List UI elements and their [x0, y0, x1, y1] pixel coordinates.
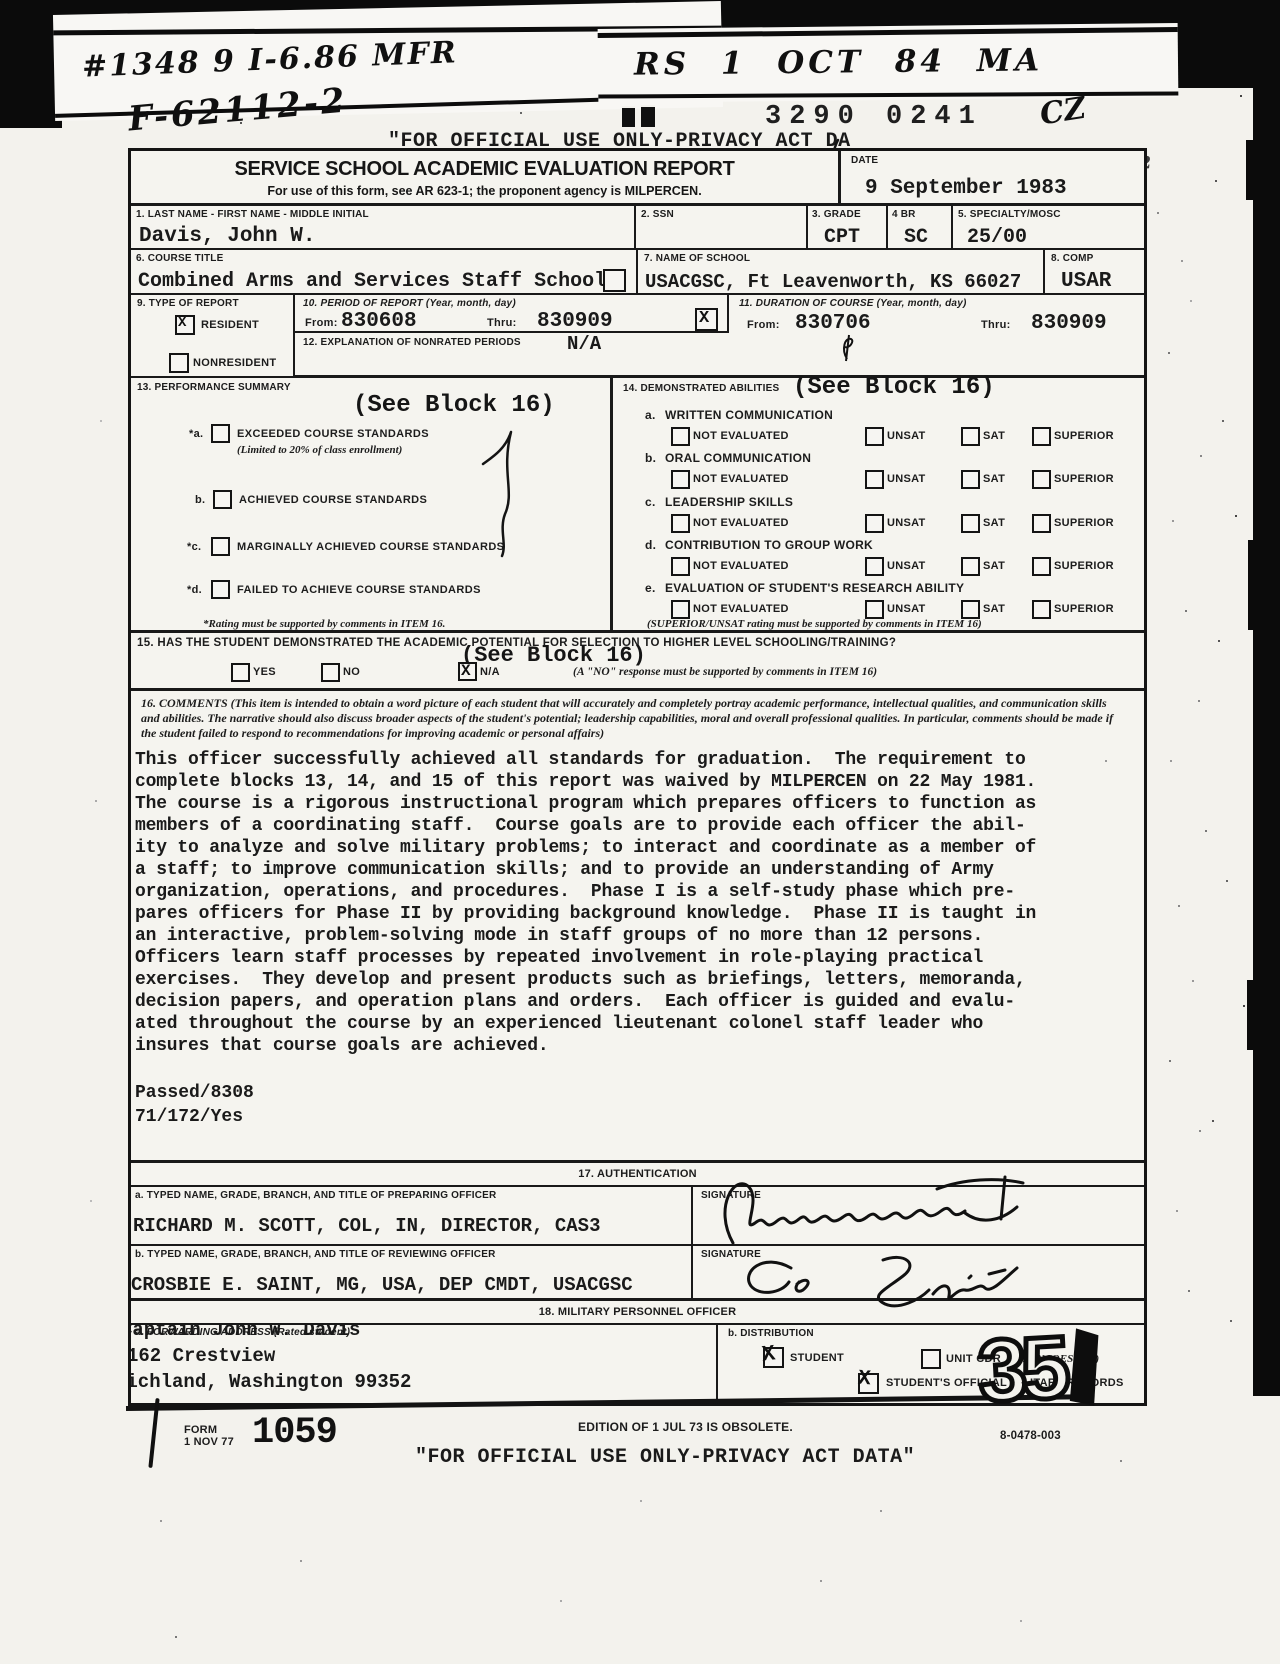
superior-unsat-footnote: (SUPERIOR/UNSAT rating must be supported…: [647, 618, 982, 630]
option-label: SAT: [983, 603, 1005, 615]
option-label: SUPERIOR: [1054, 473, 1114, 485]
unsat-checkbox: [865, 427, 884, 446]
yes-checkbox: [231, 663, 250, 682]
no-checkbox: [321, 663, 340, 682]
block-value: Combined Arms and Services Staff School: [138, 270, 606, 293]
option-label: UNSAT: [887, 560, 926, 572]
ability-label: LEADERSHIP SKILLS: [665, 495, 793, 509]
x-mark: X: [178, 315, 186, 331]
x-mark: X: [761, 1341, 777, 1367]
military-records-checkbox: X: [858, 1373, 879, 1394]
unsat-checkbox: [865, 557, 884, 576]
scan-right-nub-2: [1248, 540, 1256, 630]
marginally-achieved-checkbox: [211, 537, 230, 556]
block-label: 14. DEMONSTRATED ABILITIES: [623, 383, 779, 394]
block-6-course-title: 6. COURSE TITLE Combined Arms and Servic…: [131, 250, 638, 295]
forwarding-address-cell: a. FORWARDING ADDRESS (Rated student) Ca…: [131, 1325, 718, 1403]
from-label: From:: [747, 319, 780, 331]
scanned-document-page: #1348 9 I-6.86 MFR RS 1 OCT 84 MA F-6211…: [0, 0, 1280, 1664]
sat-checkbox: [961, 600, 980, 619]
pen-scribble: [837, 333, 857, 363]
ability-prefix: d.: [645, 538, 656, 552]
option-label: SUPERIOR: [1054, 430, 1114, 442]
not-evaluated-checkbox: [671, 470, 690, 489]
option-label: UNSAT: [887, 603, 926, 615]
form-id-block: FORM 1 NOV 77: [184, 1424, 234, 1448]
block-label: 6. COURSE TITLE: [136, 253, 223, 264]
x-mark: X: [699, 309, 709, 328]
option-label: UNSAT: [887, 473, 926, 485]
stamp-glyph-block: [622, 106, 635, 127]
ability-prefix: b.: [645, 451, 656, 465]
slip-line: [598, 27, 1178, 38]
see-block-16-note: (See Block 16): [793, 374, 995, 401]
block-15-academic-potential: 15. HAS THE STUDENT DEMONSTRATED THE ACA…: [131, 633, 1144, 691]
form-word: FORM: [184, 1424, 234, 1436]
option-label: NOT EVALUATED: [693, 560, 789, 572]
superior-checkbox: [1032, 600, 1051, 619]
cell-label: b. TYPED NAME, GRADE, BRANCH, AND TITLE …: [135, 1249, 496, 1260]
reviewing-officer-signature: [733, 1250, 1033, 1306]
reviewing-officer-name-cell: b. TYPED NAME, GRADE, BRANCH, AND TITLE …: [131, 1246, 693, 1301]
block-label: 18. MILITARY PERSONNEL OFFICER: [539, 1306, 737, 1318]
option-label: SAT: [983, 517, 1005, 529]
block-12-nonrated: 12. EXPLANATION OF NONRATED PERIODS N/A: [295, 333, 1144, 378]
ability-prefix: c.: [645, 495, 656, 509]
slip-handwriting: RS 1 OCT 84 MA: [634, 42, 1044, 82]
cell-label: b. DISTRIBUTION: [728, 1328, 814, 1339]
student-checkbox: X: [763, 1347, 784, 1368]
sat-checkbox: [961, 470, 980, 489]
scan-right-nub-3: [1247, 980, 1256, 1050]
print-code: 8-0478-003: [1000, 1430, 1061, 1442]
nonresident-checkbox: [169, 353, 189, 373]
period-checkbox: X: [695, 308, 718, 331]
form-date: 1 NOV 77: [184, 1436, 234, 1448]
block-1-name: 1. LAST NAME - FIRST NAME - MIDDLE INITI…: [131, 206, 636, 250]
resident-label: RESIDENT: [201, 319, 259, 331]
slip-line: [598, 91, 1178, 98]
ability-label: WRITTEN COMMUNICATION: [665, 408, 833, 422]
option-label: SUPERIOR: [1054, 560, 1114, 572]
stamp-shadow: [1066, 1327, 1102, 1407]
form-title-box: SERVICE SCHOOL ACADEMIC EVALUATION REPOR…: [131, 151, 841, 206]
form-title: SERVICE SCHOOL ACADEMIC EVALUATION REPOR…: [131, 158, 838, 181]
nonresident-label: NONRESIDENT: [193, 357, 276, 369]
cell-label: a. TYPED NAME, GRADE, BRANCH, AND TITLE …: [135, 1190, 496, 1201]
sat-checkbox: [961, 427, 980, 446]
date-value: 9 September 1983: [865, 177, 1067, 200]
reviewing-officer-name: CROSBIE E. SAINT, MG, USA, DEP CMDT, USA…: [131, 1274, 633, 1296]
unit-cdr-checkbox: [921, 1349, 941, 1369]
from-label: From:: [305, 317, 338, 329]
achieved-standards-checkbox: [213, 490, 232, 509]
block-value: USAR: [1061, 270, 1111, 293]
block-label: 17. AUTHENTICATION: [578, 1168, 697, 1180]
ability-label: EVALUATION OF STUDENT'S RESEARCH ABILITY: [665, 581, 964, 595]
block-2-ssn: 2. SSN: [636, 206, 808, 250]
not-evaluated-checkbox: [671, 600, 690, 619]
block-13-performance-summary: 13. PERFORMANCE SUMMARY (See Block 16) *…: [131, 378, 613, 633]
option-label: SAT: [983, 473, 1005, 485]
item-label: EXCEEDED COURSE STANDARDS: [237, 428, 429, 440]
date-box: DATE 9 September 1983: [841, 151, 1144, 206]
item-prefix: *a.: [189, 428, 203, 440]
block-16-comments: 16. COMMENTS (This item is intended to o…: [131, 691, 1144, 1163]
superior-checkbox: [1032, 470, 1051, 489]
failed-standards-checkbox: [211, 580, 230, 599]
see-block-16-note: (See Block 16): [461, 643, 646, 668]
thru-value: 830909: [537, 310, 613, 333]
ability-prefix: e.: [645, 581, 656, 595]
preparing-officer-signature: [705, 1167, 1035, 1253]
sat-checkbox: [961, 514, 980, 533]
ability-label: CONTRIBUTION TO GROUP WORK: [665, 538, 873, 552]
block-value: SC: [904, 226, 928, 249]
preparing-officer-name-cell: a. TYPED NAME, GRADE, BRANCH, AND TITLE …: [131, 1187, 693, 1246]
item-prefix: *d.: [187, 584, 202, 596]
resident-checkbox: X: [175, 315, 195, 335]
scan-right-nub-1: [1246, 140, 1256, 200]
preparing-officer-name: RICHARD M. SCOTT, COL, IN, DIRECTOR, CAS…: [133, 1215, 600, 1237]
block-value: N/A: [567, 333, 601, 355]
unsat-checkbox: [865, 470, 884, 489]
option-label: NOT EVALUATED: [693, 430, 789, 442]
comments-intro: 16. COMMENTS (This item is intended to o…: [141, 696, 1126, 741]
address-line: 162 Crestview: [131, 1345, 275, 1367]
option-label: UNSAT: [887, 430, 926, 442]
block-label: 10. PERIOD OF REPORT (Year, month, day): [303, 298, 516, 309]
top-right-slip: RS 1 OCT 84 MA: [598, 23, 1179, 103]
item-note: (Limited to 20% of class enrollment): [237, 444, 402, 456]
yes-label: YES: [253, 666, 276, 678]
option-label: SAT: [983, 430, 1005, 442]
block-14-demonstrated-abilities: 14. DEMONSTRATED ABILITIES (See Block 16…: [613, 378, 1144, 633]
option-label: UNSAT: [887, 517, 926, 529]
stamp-number: 35: [976, 1317, 1071, 1421]
passed-line: Passed/8308: [135, 1083, 254, 1103]
course-checkbox: [603, 269, 626, 292]
na-label: N/A: [480, 666, 500, 678]
block-label: 11. DURATION OF COURSE (Year, month, day…: [739, 298, 967, 309]
block-4-branch: 4 BR SC: [888, 206, 953, 250]
block-label: 8. COMP: [1051, 253, 1094, 264]
comments-text: This officer successfully achieved all s…: [135, 749, 1036, 1057]
block-label: 4 BR: [892, 209, 916, 220]
block-value: Davis, John W.: [139, 225, 315, 248]
no-response-note: (A "NO" response must be supported by co…: [573, 666, 877, 678]
superior-checkbox: [1032, 557, 1051, 576]
x-mark: X: [857, 1368, 871, 1392]
x-mark: X: [461, 662, 471, 680]
distribution-option-label: STUDENT: [790, 1352, 844, 1364]
block-10-period: 10. PERIOD OF REPORT (Year, month, day) …: [295, 295, 729, 333]
not-evaluated-checkbox: [671, 557, 690, 576]
not-evaluated-checkbox: [671, 514, 690, 533]
item-label: ACHIEVED COURSE STANDARDS: [239, 494, 427, 506]
form-subtitle: For use of this form, see AR 623-1; the …: [131, 184, 838, 198]
item-label: MARGINALLY ACHIEVED COURSE STANDARDS: [237, 541, 504, 553]
block-3-grade: 3. GRADE CPT: [808, 206, 888, 250]
block-value: 25/00: [967, 226, 1027, 249]
option-label: NOT EVALUATED: [693, 517, 789, 529]
edition-note: EDITION OF 1 JUL 73 IS OBSOLETE.: [578, 1420, 793, 1434]
item-prefix: *c.: [187, 541, 201, 553]
option-label: SUPERIOR: [1054, 603, 1114, 615]
cz-handwriting: CZ: [1038, 91, 1089, 133]
block-label: 13. PERFORMANCE SUMMARY: [137, 382, 291, 393]
rating-footnote: *Rating must be supported by comments in…: [203, 618, 445, 630]
ability-prefix: a.: [645, 408, 656, 422]
from-value: 830608: [341, 310, 417, 333]
scan-right-band: [1253, 0, 1280, 1396]
form-number: 1059: [252, 1412, 337, 1454]
block-7-school: 7. NAME OF SCHOOL USACGSC, Ft Leavenwort…: [638, 250, 1045, 295]
sat-checkbox: [961, 557, 980, 576]
block-9-type-of-report: 9. TYPE OF REPORT X RESIDENT NONRESIDENT: [131, 295, 295, 378]
exceeded-standards-checkbox: [211, 424, 230, 443]
block-label: 9. TYPE OF REPORT: [137, 298, 239, 309]
stamp-glyph-block: [641, 105, 655, 127]
form-body: SERVICE SCHOOL ACADEMIC EVALUATION REPOR…: [128, 148, 1147, 1406]
no-label: NO: [343, 666, 360, 678]
na-checkbox: X: [458, 662, 477, 681]
block-label: 3. GRADE: [812, 209, 861, 220]
item-label: FAILED TO ACHIEVE COURSE STANDARDS: [237, 584, 481, 596]
ratio-line: 71/172/Yes: [135, 1107, 243, 1127]
block-label: 1. LAST NAME - FIRST NAME - MIDDLE INITI…: [136, 209, 369, 220]
page-number-stamp: 35: [969, 1308, 1125, 1426]
stray-pen-mark: [479, 430, 523, 560]
address-line: Captain John W. Davis: [131, 1325, 360, 1341]
block-label: 2. SSN: [641, 209, 674, 220]
block-label: 5. SPECIALTY/MOSC: [958, 209, 1061, 220]
unsat-checkbox: [865, 600, 884, 619]
option-label: SUPERIOR: [1054, 517, 1114, 529]
thru-value: 830909: [1031, 312, 1107, 335]
option-label: NOT EVALUATED: [693, 603, 789, 615]
block-value: CPT: [824, 226, 860, 249]
address-line: Richland, Washington 99352: [131, 1371, 411, 1393]
block-8-comp: 8. COMP USAR: [1045, 250, 1144, 295]
preparing-officer-signature-cell: SIGNATURE: [693, 1187, 1144, 1246]
superior-checkbox: [1032, 514, 1051, 533]
privacy-banner-bottom: "FOR OFFICIAL USE ONLY-PRIVACY ACT DATA": [415, 1446, 915, 1469]
item-prefix: b.: [195, 494, 205, 506]
scan-noise: [0, 0, 2, 2]
date-label: DATE: [851, 155, 878, 166]
option-label: SAT: [983, 560, 1005, 572]
thru-label: Thru:: [981, 319, 1011, 331]
option-label: NOT EVALUATED: [693, 473, 789, 485]
not-evaluated-checkbox: [671, 427, 690, 446]
unsat-checkbox: [865, 514, 884, 533]
thru-label: Thru:: [487, 317, 517, 329]
from-value: 830706: [795, 312, 871, 335]
superior-checkbox: [1032, 427, 1051, 446]
slip-handwriting: #1348 9 I-6.86 MFR: [81, 35, 458, 84]
reviewing-officer-signature-cell: SIGNATURE: [693, 1246, 1144, 1301]
see-block-16-note: (See Block 16): [353, 392, 555, 419]
serial-stamp: 3290 0241: [765, 102, 983, 132]
block-value: USACGSC, Ft Leavenworth, KS 66027: [645, 271, 1021, 293]
block-label: 12. EXPLANATION OF NONRATED PERIODS: [303, 337, 521, 348]
block-label: 7. NAME OF SCHOOL: [644, 253, 750, 264]
ability-label: ORAL COMMUNICATION: [665, 451, 811, 465]
block-5-specialty: 5. SPECIALTY/MOSC 25/00: [953, 206, 1144, 250]
